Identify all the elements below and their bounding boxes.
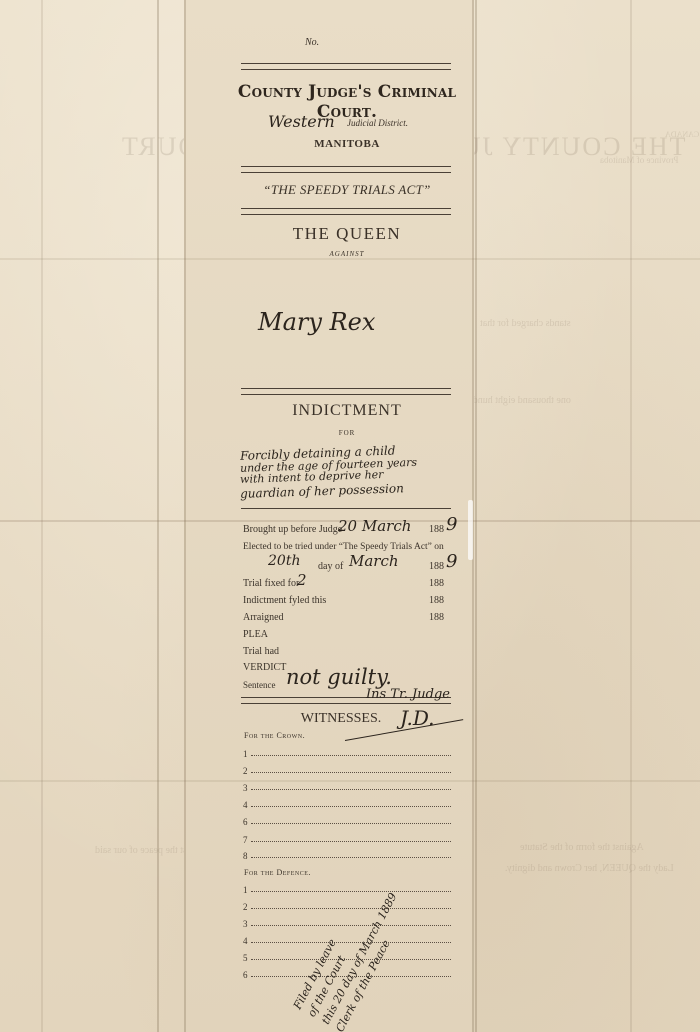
trial-had-label: Trial had bbox=[243, 646, 279, 657]
elected-label: Elected to be tried under “The Speedy Tr… bbox=[243, 542, 444, 552]
sentence-label: Sentence bbox=[243, 680, 275, 690]
verdict-label: VERDICT bbox=[243, 662, 286, 673]
fold-crease-horizontal-1 bbox=[0, 258, 700, 260]
brought-up-year-suffix: 9 bbox=[446, 514, 457, 535]
rule-5 bbox=[241, 508, 451, 509]
line-number: 6 bbox=[243, 817, 248, 827]
province: MANITOBA bbox=[236, 138, 458, 150]
trial-fixed-year: 188 bbox=[429, 578, 444, 589]
crown-witness-line[interactable]: 2 bbox=[243, 766, 453, 780]
crown-witness-line[interactable]: 1 bbox=[243, 749, 453, 763]
elected-day-value: 20th bbox=[268, 553, 300, 569]
brought-up-label: Brought up before Judge bbox=[243, 524, 342, 535]
line-number: 6 bbox=[243, 970, 248, 980]
line-number: 7 bbox=[243, 835, 248, 845]
elected-year-suffix: 9 bbox=[446, 551, 457, 572]
rule-3 bbox=[241, 208, 451, 215]
fold-crease-left-outer bbox=[41, 0, 43, 1032]
number-label: No. bbox=[305, 37, 319, 48]
trial-fixed-label: Trial fixed for bbox=[243, 578, 299, 589]
crown-witness-line[interactable]: 3 bbox=[243, 783, 453, 797]
line-number: 4 bbox=[243, 936, 248, 946]
line-number: 2 bbox=[243, 902, 248, 912]
fold-crease-left bbox=[157, 0, 159, 1032]
indictment-fyled-year: 188 bbox=[429, 595, 444, 606]
ghost-text-right-canada: CANADA bbox=[665, 130, 699, 139]
center-panel bbox=[184, 0, 474, 1032]
line-number: 8 bbox=[243, 851, 248, 861]
trial-fixed-value: 2 bbox=[297, 571, 307, 589]
charge-handwritten: Forcibly detaining a child under the age… bbox=[240, 446, 465, 498]
arraigned-label: Arraigned bbox=[243, 612, 284, 623]
crown-witness-line[interactable]: 7 bbox=[243, 835, 453, 849]
crown-label: For the Crown. bbox=[244, 731, 305, 740]
rule-top bbox=[241, 63, 451, 70]
brought-up-year-prefix: 188 bbox=[429, 524, 444, 535]
indictment-fyled-label: Indictment fyled this bbox=[243, 595, 326, 606]
fold-crease-right-outer bbox=[630, 0, 632, 1032]
against-label: AGAINST bbox=[236, 250, 458, 258]
rule-2 bbox=[241, 166, 451, 173]
ghost-text-right-mid-1: stands charged for that bbox=[480, 318, 571, 329]
plaintiff: THE QUEEN bbox=[236, 224, 458, 244]
district-label: Judicial District. bbox=[347, 118, 408, 128]
verdict-value: not guilty. bbox=[286, 665, 392, 689]
ghost-text-right-bottom-2: Lady the QUEEN, her Crown and dignity. bbox=[505, 863, 674, 874]
crown-witness-line[interactable]: 4 bbox=[243, 800, 453, 814]
act-title: “THE SPEEDY TRIALS ACT” bbox=[236, 182, 458, 198]
defence-label: For the Defence. bbox=[244, 868, 311, 877]
elected-month-value: March bbox=[349, 552, 399, 570]
line-number: 5 bbox=[243, 953, 248, 963]
fold-crease-right bbox=[475, 0, 477, 1032]
line-number: 2 bbox=[243, 766, 248, 776]
line-number: 1 bbox=[243, 749, 248, 759]
day-of-label: day of bbox=[318, 561, 343, 572]
initials-handwritten: Ins Tr. Judge bbox=[366, 687, 450, 702]
brought-up-value: 20 March bbox=[338, 517, 411, 535]
defendant-handwritten: Mary Rex bbox=[258, 308, 375, 336]
line-number: 3 bbox=[243, 783, 248, 793]
arraigned-year: 188 bbox=[429, 612, 444, 623]
line-number: 1 bbox=[243, 885, 248, 895]
line-number: 4 bbox=[243, 800, 248, 810]
for-label: FOR bbox=[236, 429, 458, 437]
crown-witness-line[interactable]: 8 bbox=[243, 851, 453, 865]
tape-strip bbox=[468, 500, 473, 560]
elected-year-prefix: 188 bbox=[429, 561, 444, 572]
rule-4 bbox=[241, 388, 451, 395]
crown-witness-line[interactable]: 6 bbox=[243, 817, 453, 831]
ghost-text-right-province: Province of Manitoba bbox=[600, 155, 678, 165]
plea-label: PLEA bbox=[243, 629, 268, 640]
indictment-title: INDICTMENT bbox=[236, 402, 458, 420]
ghost-text-right-bottom-1: Against the form of the Statute bbox=[520, 842, 644, 853]
district-handwritten: Western bbox=[268, 112, 335, 131]
fold-crease-horizontal-3 bbox=[0, 780, 700, 782]
line-number: 3 bbox=[243, 919, 248, 929]
